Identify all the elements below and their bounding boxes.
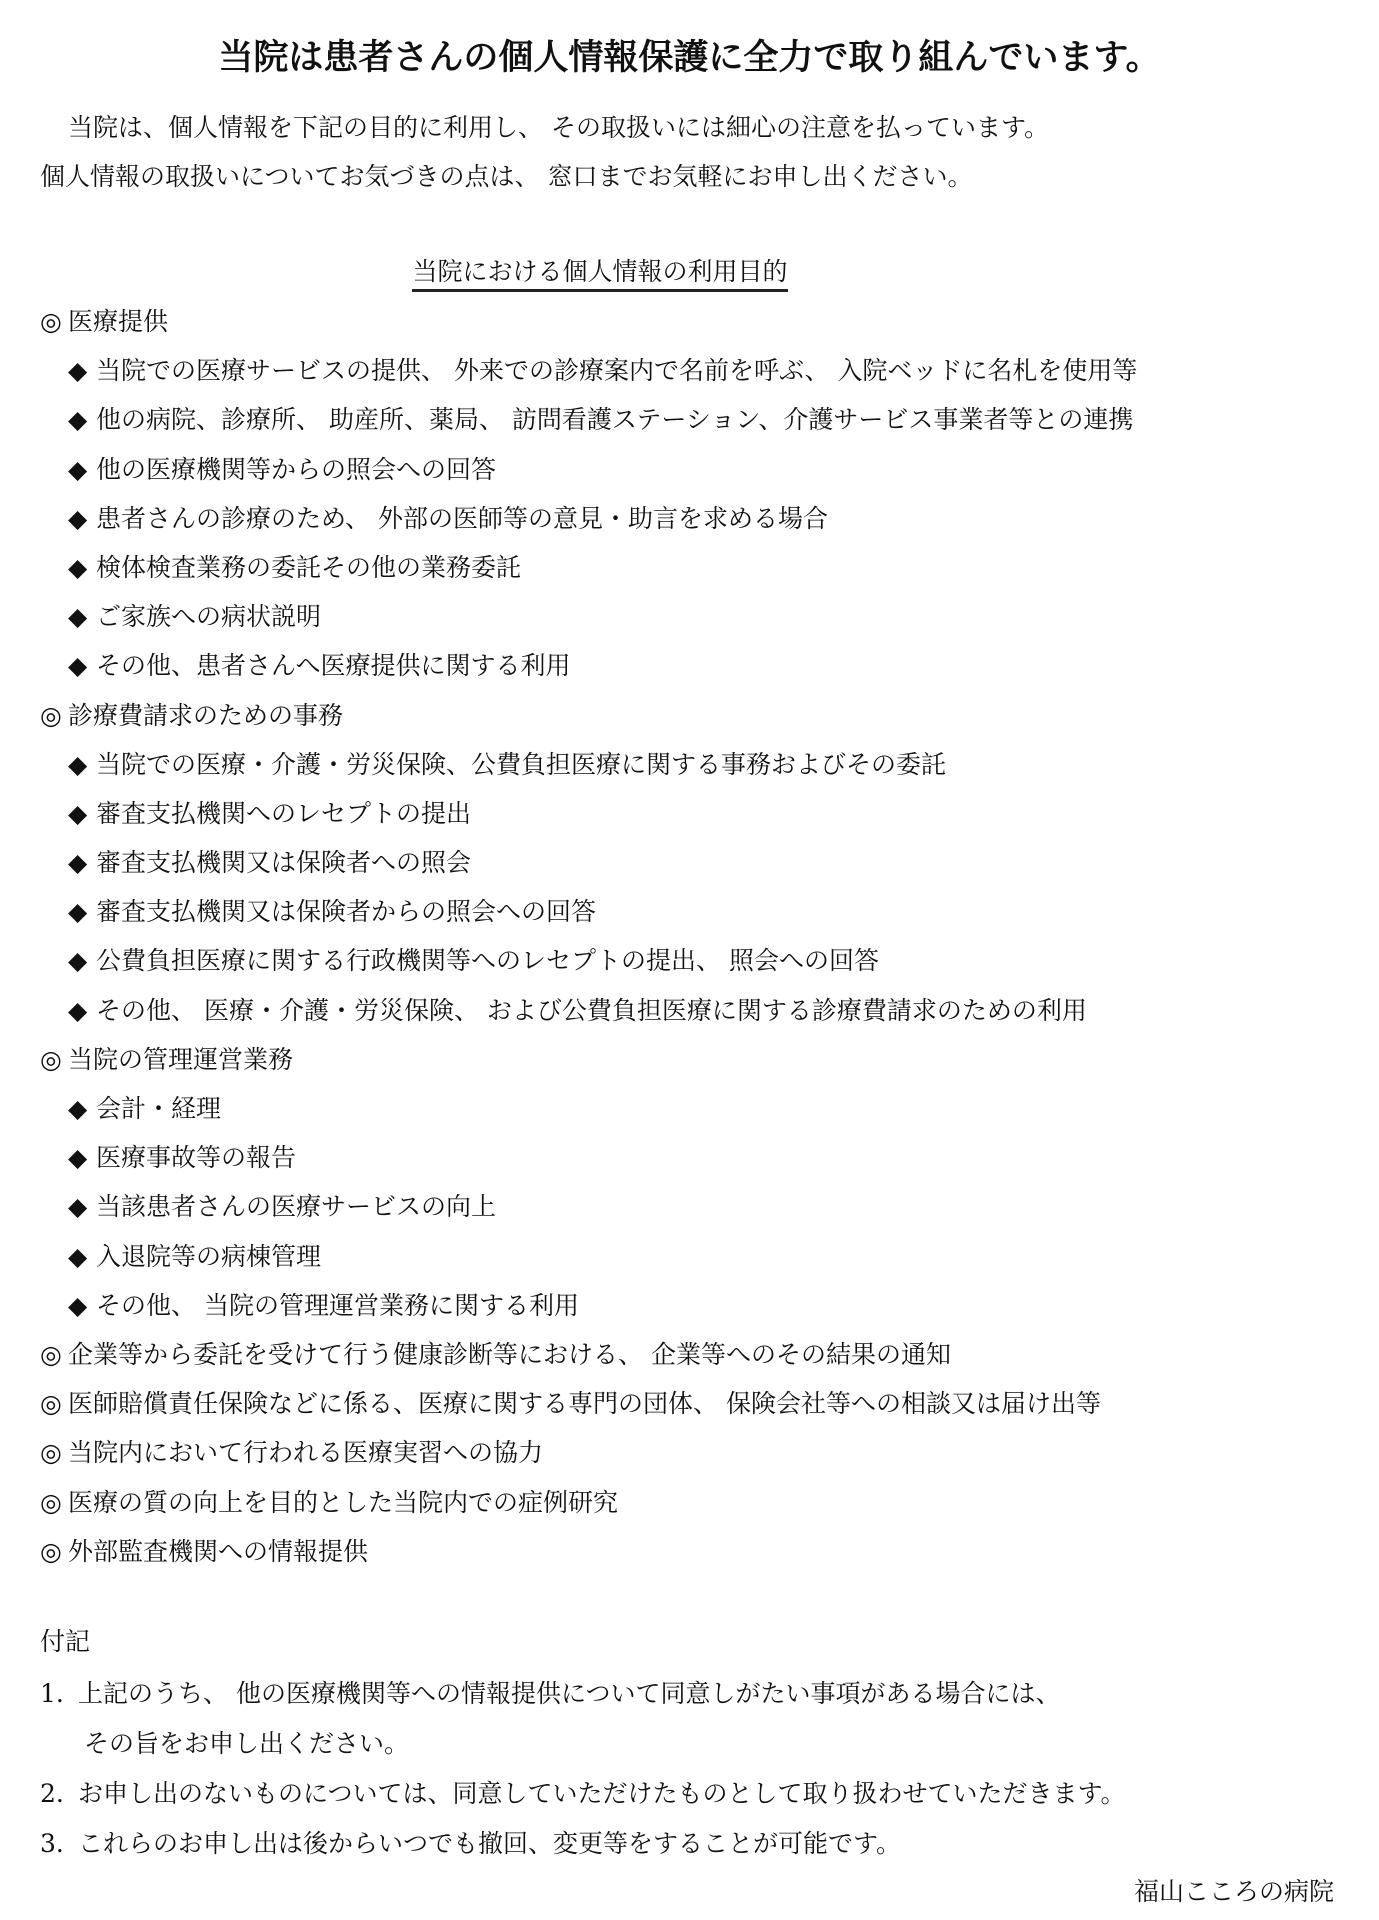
category-heading: ◎医師賠償責任保険などに係る、医療に関する専門の団体、 保険会社等への相談又は届… (40, 1384, 1137, 1433)
list-item: ◆入退院等の病棟管理 (40, 1237, 1137, 1286)
list-item: ◆当該患者さんの医療サービスの向上 (40, 1187, 1137, 1236)
item-text: 当院での医療・介護・労災保険、公費負担医療に関する事務およびその委託 (96, 750, 946, 779)
note-text: これらのお申し出は後からいつでも撤回、変更等をすることが可能です。 (78, 1829, 901, 1858)
item-text: 医療事故等の報告 (96, 1143, 296, 1172)
diamond-bullet-icon: ◆ (68, 450, 96, 490)
item-text: 医師賠償責任保険などに係る、医療に関する専門の団体、 保険会社等への相談又は届け… (68, 1389, 1101, 1418)
list-item: ◆その他、患者さんへ医療提供に関する利用 (40, 646, 1137, 695)
item-text: 検体検査業務の委託その他の業務委託 (96, 553, 521, 582)
hospital-signature: 福山こころの病院 (1134, 1872, 1334, 1908)
list-item: ◆検体検査業務の委託その他の業務委託 (40, 548, 1137, 597)
item-text: 外部監査機関への情報提供 (68, 1537, 368, 1566)
list-item: ◆医療事故等の報告 (40, 1138, 1137, 1187)
item-text: 当院での医療サービスの提供、 外来での診療案内で名前を呼ぶ、 入院ベッドに名札を… (96, 356, 1137, 385)
diamond-bullet-icon: ◆ (68, 1286, 96, 1326)
diamond-bullet-icon: ◆ (68, 499, 96, 539)
appendix-note-1: 1.上記のうち、 他の医療機関等への情報提供について同意しがたい事項がある場合に… (40, 1674, 1126, 1724)
diamond-bullet-icon: ◆ (68, 646, 96, 686)
double-circle-icon: ◎ (40, 1384, 68, 1424)
list-item: ◆審査支払機関又は保険者への照会 (40, 843, 1137, 892)
double-circle-icon: ◎ (40, 1335, 68, 1375)
diamond-bullet-icon: ◆ (68, 1187, 96, 1227)
item-text: 他の病院、診療所、 助産所、薬局、 訪問看護ステーション、介護サービス事業者等と… (96, 405, 1133, 434)
double-circle-icon: ◎ (40, 302, 68, 342)
category-heading: ◎当院の管理運営業務 (40, 1040, 1137, 1089)
double-circle-icon: ◎ (40, 1040, 68, 1080)
diamond-bullet-icon: ◆ (68, 400, 96, 440)
note-number: 3. (40, 1824, 78, 1864)
list-item: ◆患者さんの診療のため、 外部の医師等の意見・助言を求める場合 (40, 499, 1137, 548)
appendix-note-1-continued: その旨をお申し出ください。 (40, 1724, 1126, 1774)
category-heading: ◎企業等から委託を受けて行う健康診断等における、 企業等へのその結果の通知 (40, 1335, 1137, 1384)
double-circle-icon: ◎ (40, 1483, 68, 1523)
intro-line-2: 個人情報の取扱いについてお気づきの点は、 窓口までお気軽にお申し出ください。 (40, 157, 972, 193)
list-item: ◆その他、 当院の管理運営業務に関する利用 (40, 1286, 1137, 1335)
double-circle-icon: ◎ (40, 696, 68, 736)
list-item: ◆他の医療機関等からの照会への回答 (40, 450, 1137, 499)
diamond-bullet-icon: ◆ (68, 941, 96, 981)
diamond-bullet-icon: ◆ (68, 548, 96, 588)
item-text: 他の医療機関等からの照会への回答 (96, 455, 496, 484)
intro-line-1: 当院は、個人情報を下記の目的に利用し、 その取扱いには細心の注意を払っています。 (68, 108, 1049, 144)
item-text: その他、 医療・介護・労災保険、 および公費負担医療に関する診療費請求のための利… (96, 996, 1087, 1025)
note-text: お申し出のないものについては、同意していただけたものとして取り扱わせていただきま… (78, 1779, 1126, 1808)
category-heading: ◎当院内において行われる医療実習への協力 (40, 1433, 1137, 1482)
list-item: ◆当院での医療サービスの提供、 外来での診療案内で名前を呼ぶ、 入院ベッドに名札… (40, 351, 1137, 400)
item-text: 当院の管理運営業務 (68, 1045, 293, 1074)
list-item: ◆その他、 医療・介護・労災保険、 および公費負担医療に関する診療費請求のための… (40, 991, 1137, 1040)
item-text: 診療費請求のための事務 (68, 701, 343, 730)
list-item: ◆審査支払機関又は保険者からの照会への回答 (40, 892, 1137, 941)
note-text: 上記のうち、 他の医療機関等への情報提供について同意しがたい事項がある場合には、 (78, 1679, 1060, 1708)
item-text: 審査支払機関又は保険者への照会 (96, 848, 471, 877)
diamond-bullet-icon: ◆ (68, 1089, 96, 1129)
category-heading: ◎医療提供 (40, 302, 1137, 351)
item-text: 医療提供 (68, 307, 168, 336)
diamond-bullet-icon: ◆ (68, 843, 96, 883)
item-text: 医療の質の向上を目的とした当院内での症例研究 (68, 1488, 618, 1517)
section-title: 当院における個人情報の利用目的 (0, 252, 1200, 288)
list-item: ◆他の病院、診療所、 助産所、薬局、 訪問看護ステーション、介護サービス事業者等… (40, 400, 1137, 449)
appendix-note-2: 2.お申し出のないものについては、同意していただけたものとして取り扱わせていただ… (40, 1774, 1126, 1824)
list-item: ◆公費負担医療に関する行政機関等へのレセプトの提出、 照会への回答 (40, 941, 1137, 990)
appendix-note-3: 3.これらのお申し出は後からいつでも撤回、変更等をすることが可能です。 (40, 1824, 1126, 1874)
item-text: 公費負担医療に関する行政機関等へのレセプトの提出、 照会への回答 (96, 946, 879, 975)
diamond-bullet-icon: ◆ (68, 1237, 96, 1277)
diamond-bullet-icon: ◆ (68, 794, 96, 834)
list-item: ◆ご家族への病状説明 (40, 597, 1137, 646)
double-circle-icon: ◎ (40, 1532, 68, 1572)
note-number: 1. (40, 1674, 78, 1714)
appendix: 付記 1.上記のうち、 他の医療機関等への情報提供について同意しがたい事項がある… (40, 1622, 1126, 1874)
item-text: 審査支払機関へのレセプトの提出 (96, 799, 471, 828)
item-text: 審査支払機関又は保険者からの照会への回答 (96, 897, 596, 926)
category-heading: ◎医療の質の向上を目的とした当院内での症例研究 (40, 1483, 1137, 1532)
purpose-list: ◎医療提供◆当院での医療サービスの提供、 外来での診療案内で名前を呼ぶ、 入院ベ… (40, 302, 1137, 1581)
diamond-bullet-icon: ◆ (68, 892, 96, 932)
item-text: 患者さんの診療のため、 外部の医師等の意見・助言を求める場合 (96, 504, 828, 533)
item-text: ご家族への病状説明 (96, 602, 321, 631)
list-item: ◆当院での医療・介護・労災保険、公費負担医療に関する事務およびその委託 (40, 745, 1137, 794)
diamond-bullet-icon: ◆ (68, 745, 96, 785)
diamond-bullet-icon: ◆ (68, 597, 96, 637)
category-heading: ◎診療費請求のための事務 (40, 696, 1137, 745)
section-title-text: 当院における個人情報の利用目的 (412, 257, 787, 292)
item-text: その他、 当院の管理運営業務に関する利用 (96, 1291, 579, 1320)
diamond-bullet-icon: ◆ (68, 351, 96, 391)
category-heading: ◎外部監査機関への情報提供 (40, 1532, 1137, 1581)
item-text: その他、患者さんへ医療提供に関する利用 (96, 651, 571, 680)
page-title: 当院は患者さんの個人情報保護に全力で取り組んでいます。 (0, 30, 1379, 80)
item-text: 企業等から委託を受けて行う健康診断等における、 企業等へのその結果の通知 (68, 1340, 951, 1369)
note-number: 2. (40, 1774, 78, 1814)
item-text: 会計・経理 (96, 1094, 221, 1123)
diamond-bullet-icon: ◆ (68, 991, 96, 1031)
appendix-heading: 付記 (40, 1622, 1126, 1674)
list-item: ◆会計・経理 (40, 1089, 1137, 1138)
list-item: ◆審査支払機関へのレセプトの提出 (40, 794, 1137, 843)
double-circle-icon: ◎ (40, 1433, 68, 1473)
diamond-bullet-icon: ◆ (68, 1138, 96, 1178)
item-text: 当院内において行われる医療実習への協力 (68, 1438, 543, 1467)
item-text: 入退院等の病棟管理 (96, 1242, 321, 1271)
item-text: 当該患者さんの医療サービスの向上 (96, 1192, 496, 1221)
